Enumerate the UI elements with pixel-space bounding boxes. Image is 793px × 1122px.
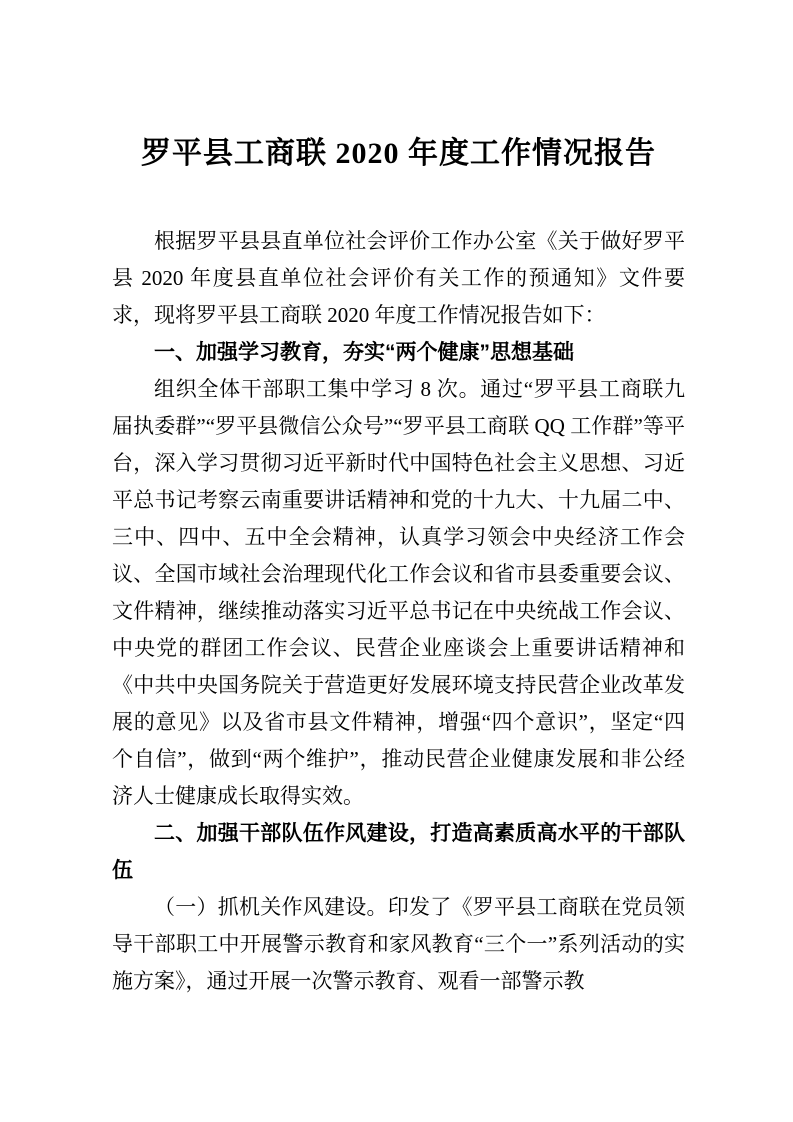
paragraph-intro: 根据罗平县县直单位社会评价工作办公室《关于做好罗平县 2020 年度县直单位社会…	[112, 223, 685, 334]
paragraph-section-1: 组织全体干部职工集中学习 8 次。通过“罗平县工商联九届执委群”“罗平县微信公众…	[112, 371, 685, 815]
document-page: 罗平县工商联 2020 年度工作情况报告 根据罗平县县直单位社会评价工作办公室《…	[0, 0, 793, 1122]
paragraph-section-2: （一）抓机关作风建设。印发了《罗平县工商联在党员领导干部职工中开展警示教育和家风…	[112, 889, 685, 1000]
document-title: 罗平县工商联 2020 年度工作情况报告	[112, 130, 685, 178]
document-body: 根据罗平县县直单位社会评价工作办公室《关于做好罗平县 2020 年度县直单位社会…	[112, 223, 685, 1000]
section-heading-1: 一、加强学习教育，夯实“两个健康”思想基础	[112, 334, 685, 371]
section-heading-2: 二、加强干部队伍作风建设，打造高素质高水平的干部队伍	[112, 815, 685, 889]
